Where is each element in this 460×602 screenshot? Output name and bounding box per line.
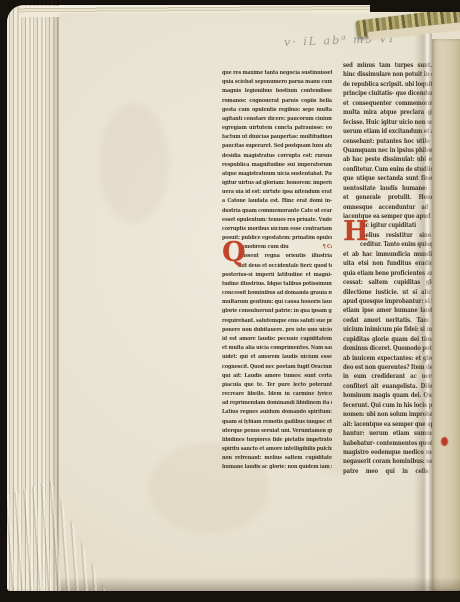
text-line: tudine illustrius. Idque talibus potissi…: [222, 280, 332, 289]
book: v· iL ab⁹ m̄ɔ VI que res maxime tanta ne…: [7, 5, 460, 591]
rubricated-initial-Q: Q: [222, 240, 244, 265]
text-line: id est amore laudis: pecunie cupiditatem: [222, 335, 332, 344]
text-line: glorie consuluerunt patrie: in qua ipsam…: [222, 307, 332, 316]
next-page-rubric-dot: [441, 437, 448, 446]
page-fold-shadow: [414, 13, 432, 591]
page-stain: [99, 103, 169, 223]
text-line: romanos: cognouerat paruis copiis bella: [222, 97, 332, 106]
chapter-opening-text: Vamobrem cum diu: [238, 243, 289, 252]
underlying-leaf-edge: [432, 39, 460, 591]
text-line: uterque penus seruiat uni. Verumtamen qu…: [222, 427, 332, 436]
text-line: requirebant. salutemque eius saluti sue …: [222, 317, 332, 326]
text-line: corruptis moribus uicium esse contrariam: [222, 225, 332, 234]
text-line: ponere non dubitauere. pro isto uno uici…: [222, 326, 332, 335]
text-line: que res maxime tanta negocia sustinuisse…: [222, 69, 332, 78]
text-line: uera uia id est: uirtute ipsa nitendum e…: [222, 188, 332, 197]
text-line: spiritu sancto et amore intelligibilis p…: [222, 445, 332, 454]
rubricated-initial-H: H: [343, 219, 365, 244]
text-line: concessit hominibus ad domanda grauia ma…: [222, 289, 332, 298]
text-line: a Catone laudata est. Hinc erat domi in-: [222, 197, 332, 206]
text-line: dustria quam commemorante Cato ut erariu…: [222, 207, 332, 216]
text-line: esset opulentum: tenues res priuate. Vnd…: [222, 216, 332, 225]
text-line: respublica magnitudine sui imperatorum: [222, 161, 332, 170]
text-line: piacula que te. Ter pure lecto poterunt: [222, 381, 332, 390]
photograph-of-open-book: v· iL ab⁹ m̄ɔ VI que res maxime tanta ne…: [0, 0, 460, 602]
background-corner: [370, 0, 460, 12]
text-line: non refrenant: melius saltem cupiditate: [222, 454, 332, 463]
text-line: uidet: qui et amorem laudis uicium esse: [222, 353, 332, 362]
text-line: recreare libello. Idem in carmine lyrico: [222, 390, 332, 399]
text-line: atque magistratuum uicia sustentabat. Pa…: [222, 170, 332, 179]
text-line: magnis legionibus hostium contendisse: [222, 87, 332, 96]
text-column-left: que res maxime tanta negocia sustinuisse…: [222, 69, 332, 475]
text-line: egregiam uirtutem cuncta patrauisse: eo: [222, 124, 332, 133]
text-line: quia sciebat sepenumero parua manu cum: [222, 78, 332, 87]
chapter-number-label: ¶ Ca. xiii.: [323, 243, 332, 252]
text-line: paucitas superaret. Sed postquam luxu at…: [222, 142, 332, 151]
text-line: qui ait: Laudis amore tumes: sunt certa: [222, 372, 332, 381]
text-line: quam si lybiam remotis gadibus iungas: e…: [222, 418, 332, 427]
text-line: ad reprimendam dominandi libidinem ita c…: [222, 399, 332, 408]
text-line: humane laudis ac glorie: non quidem iam …: [222, 463, 332, 472]
text-line: posterius-si imperii latitudine et magni…: [222, 271, 332, 280]
text-line: desidia magistratus corrupta est: rursus: [222, 152, 332, 161]
text-line: Latius regnes auidum domando spiritum:: [222, 408, 332, 417]
text-line: libidines turpiores fide pietatis impetr…: [222, 436, 332, 445]
text-line: gesta cum opulentis regibus: sepe multa: [222, 106, 332, 115]
text-line: agitanti constare dicere: paucorum ciuiu…: [222, 115, 332, 124]
text-line: igitur uirtus ad gloriam: honorem: imper…: [222, 179, 332, 188]
text-line: multarum gentium: qui causa honoris laud…: [222, 298, 332, 307]
text-line: cognoscit. Quod nec poetam fugit Oracium…: [222, 363, 332, 372]
text-line: factum ut diuicias paupertas: multitudin…: [222, 133, 332, 142]
text-line: et multa alia uicia comprimentes. Nam sa…: [222, 344, 332, 353]
book-page: v· iL ab⁹ m̄ɔ VI que res maxime tanta ne…: [59, 13, 460, 591]
bottom-page-shadow: [59, 577, 460, 591]
